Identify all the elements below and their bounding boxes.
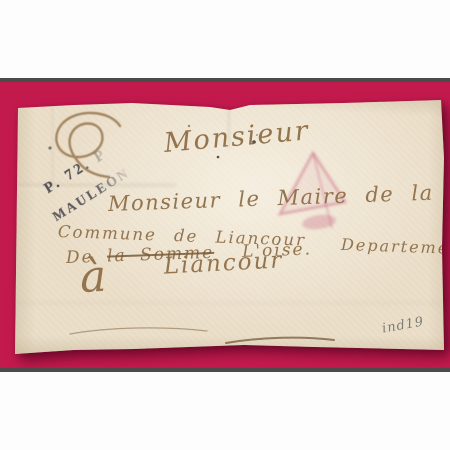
photo-background: 2 — [0, 82, 450, 368]
flourish-underlines — [70, 328, 334, 343]
white-frame-top — [0, 0, 450, 78]
folded-letter: 2 — [14, 98, 445, 356]
address-town-text: Liancour — [163, 247, 284, 279]
white-frame-bottom — [0, 372, 450, 450]
address-a-flourish: à — [79, 251, 108, 303]
letter-paper: 2 — [14, 98, 445, 356]
auction-photo: 2 — [0, 0, 450, 450]
